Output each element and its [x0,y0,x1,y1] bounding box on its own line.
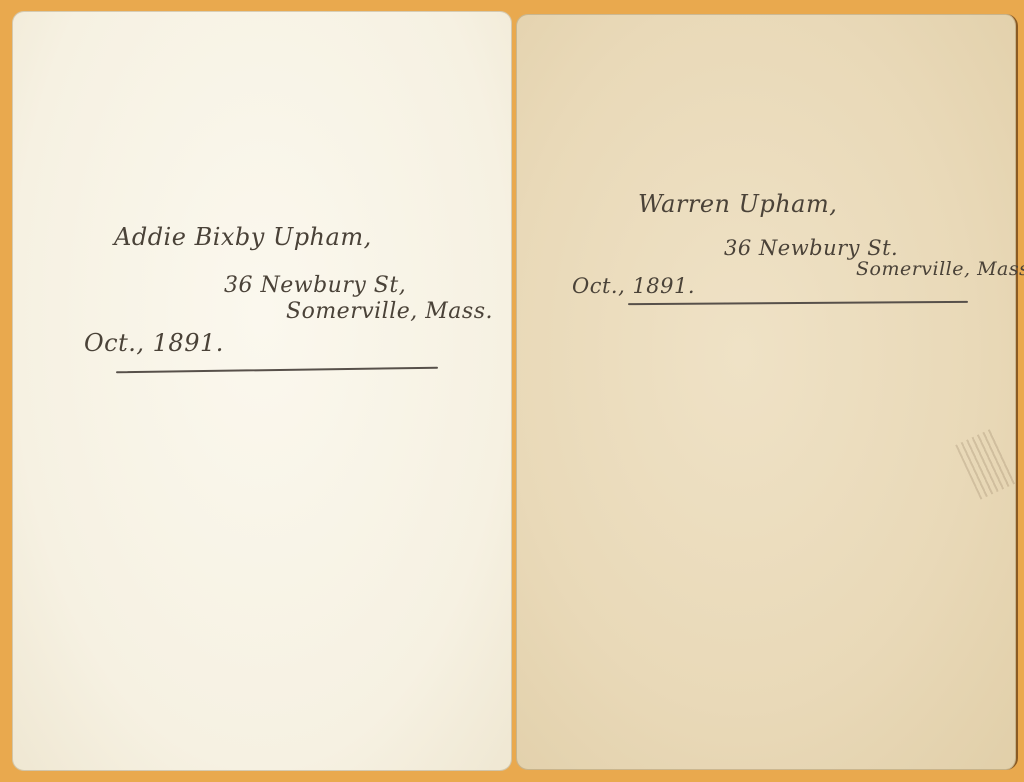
inscription-city: Somerville, Mass. [856,258,1024,280]
underline-rule [116,367,438,373]
card-right-back: Warren Upham, 36 Newbury St. Somerville,… [516,14,1018,770]
inscription-date: Oct., 1891. [84,329,224,357]
inscription-date: Oct., 1891. [572,274,695,298]
inscription-name: Addie Bixby Upham, [114,223,372,251]
underline-rule [628,301,968,305]
inscription-name: Warren Upham, [638,190,837,218]
inscription-street: 36 Newbury St, [224,273,406,298]
card-left-back: Addie Bixby Upham, 36 Newbury St, Somerv… [12,11,512,771]
inscription-city: Somerville, Mass. [286,299,493,324]
inscription-street: 36 Newbury St. [724,236,898,260]
paper-stain [955,428,1017,499]
